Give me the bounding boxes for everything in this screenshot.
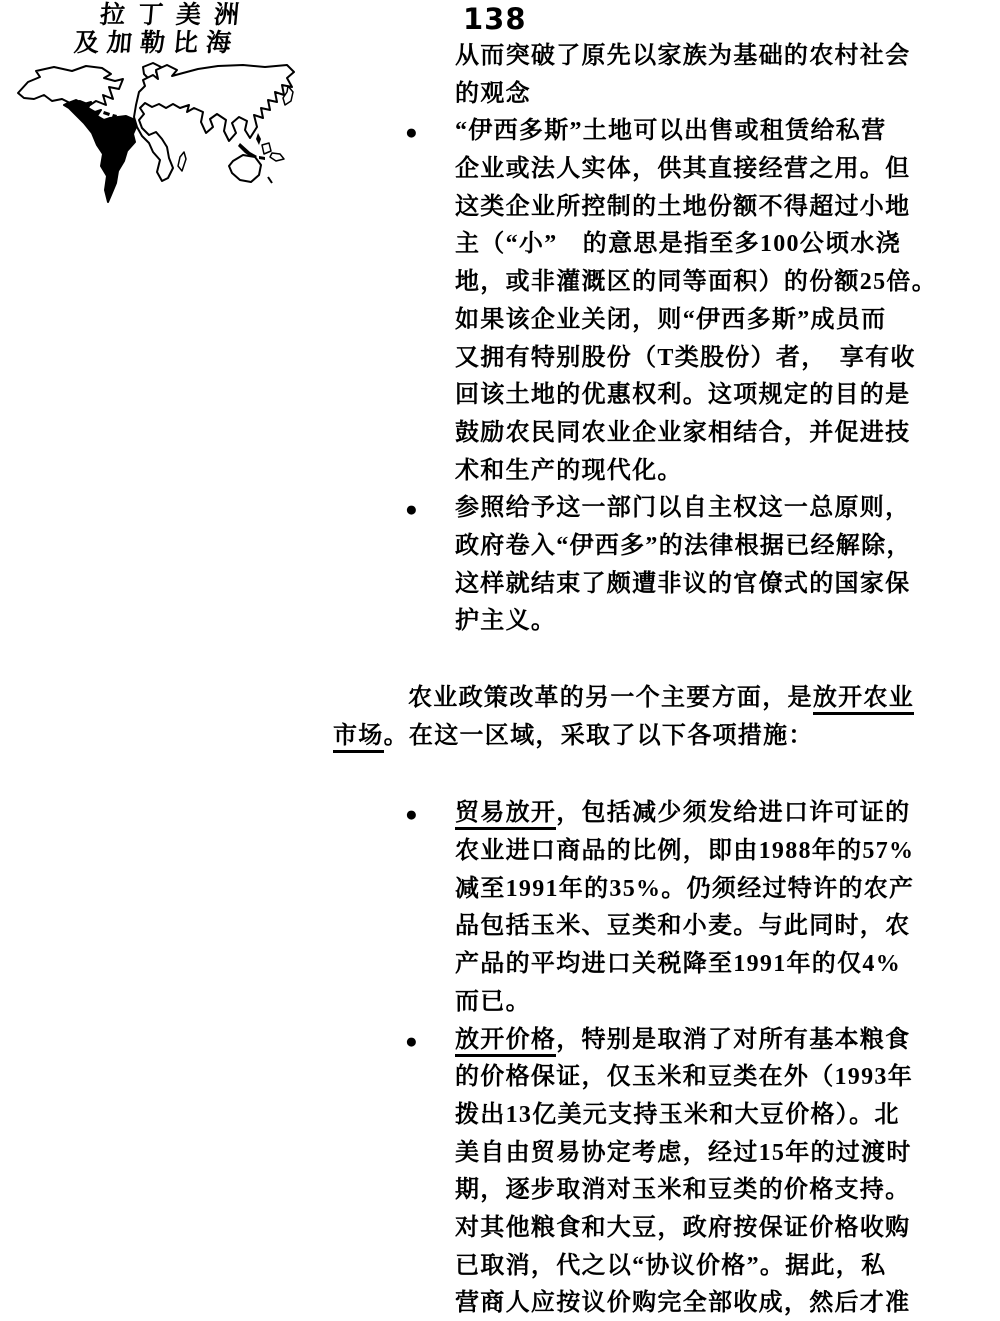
text-line: 的观念 [455,76,973,114]
text-line: 对其他粮食和大豆，政府按保证价格收购 [455,1210,973,1248]
region-label-line1: 拉丁美洲 [99,2,309,30]
underlined-term: 市场 [333,723,384,753]
caribbean-islands-icon [103,111,117,118]
text-line: 地，或非灌溉区的同等面积）的份额25倍。 [455,264,973,302]
text-line: 而已。 [455,984,973,1022]
region-label-line2: 及加勒比海 [73,30,309,58]
philippines-filled [256,133,261,145]
text-line: 产品的平均进口关税降至1991年的仅4% [455,946,973,984]
bullet-trade-liberalization: 贸易放开，包括减少须发给进口许可证的农业进口商品的比例，即由1988年的57%减… [333,795,973,1021]
bullet-icon: ● [405,796,419,834]
bullet-icon: ● [405,491,419,529]
underlined-term: 贸易放开 [455,800,556,830]
underlined-term: 放开农业 [813,685,914,715]
bullet-icon: ● [405,114,419,152]
bullet-price-liberalization: 放开价格，特别是取消了对所有基本粮食的价格保证，仅玉米和豆类在外（1993年拨出… [333,1022,973,1321]
text-line: 企业或法人实体，供其直接经营之用。但 [455,151,973,189]
world-map-icon [12,61,302,211]
text-line: 市场。在这一区域，采取了以下各项措施： [333,718,973,756]
australia-outline [229,155,261,182]
text-line: 美自由贸易协定考虑，经过15年的过渡时 [455,1135,973,1173]
text-line: 拨出13亿美元支持玉米和大豆价格）。北 [455,1097,973,1135]
text-line: 术和生产的现代化。 [455,453,973,491]
borneo-outline [262,143,271,154]
text-line: 回该土地的优惠权利。这项规定的目的是 [455,377,973,415]
text-line: 减至1991年的35%。仍须经过特许的农产 [455,871,973,909]
text-line: 如果该企业关闭，则“伊西多斯”成员而 [455,302,973,340]
text-line: 从而突破了原先以家族为基础的农村社会 [455,38,973,76]
text-line: 政府卷入“伊西多”的法律根据已经解除， [455,528,973,566]
text-line: 营商人应按议价购完全部收成，然后才准 [455,1285,973,1321]
text-line: 期，逐步取消对玉米和豆类的价格支持。 [455,1172,973,1210]
text-line: 已取消，代之以“协议价格”。据此，私 [455,1248,973,1286]
bullet-ejido-land-sale: “伊西多斯”土地可以出售或租赁给私营企业或法人实体，供其直接经营之用。但这类企业… [333,113,973,490]
document-page: 拉丁美洲 及加勒比海 [0,0,1000,1321]
text-line: 参照给予这一部门以自主权这一总原则， [455,490,973,528]
intro-continuation: 从而突破了原先以家族为基础的农村社会的观念 [333,38,973,113]
region-map-block: 拉丁美洲 及加勒比海 [12,2,308,211]
bullet-sector-autonomy: 参照给予这一部门以自主权这一总原则，政府卷入“伊西多”的法律根据已经解除，这样就… [333,490,973,641]
text-line: 鼓励农民同农业企业家相结合，并促进技 [455,415,973,453]
page-number: 138 [463,2,527,36]
madagascar-outline [178,152,186,171]
underlined-term: 放开价格 [455,1027,556,1057]
latin-america-filled [64,100,137,202]
text-line: 农业进口商品的比例，即由1988年的57% [455,833,973,871]
text-line: 又拥有特别股份（T类股份）者， 享有收 [455,340,973,378]
text-line: 农业政策改革的另一个主要方面，是放开农业 [333,680,973,718]
body-text-column: 从而突破了原先以家族为基础的农村社会的观念“伊西多斯”土地可以出售或租赁给私营企… [333,38,973,1321]
text-line: “伊西多斯”土地可以出售或租赁给私营 [455,113,973,151]
bullet-icon: ● [405,1023,419,1061]
text-line: 护主义。 [455,603,973,641]
north-america-outline [18,66,123,105]
eurasia-africa-outline [134,65,294,181]
text-line: 的价格保证，仅玉米和豆类在外（1993年 [455,1059,973,1097]
text-line: 这样就结束了颇遭非议的官僚式的国家保 [455,566,973,604]
text-line: 主（“小” 的意思是指至多100公顷水浇 [455,226,973,264]
text-line: 贸易放开，包括减少须发给进口许可证的 [455,795,973,833]
para-market-liberalization: 农业政策改革的另一个主要方面，是放开农业市场。在这一区域，采取了以下各项措施： [333,680,973,755]
japan-outline [283,86,293,105]
text-line: 放开价格，特别是取消了对所有基本粮食 [455,1022,973,1060]
new-guinea-outline [270,153,284,161]
new-zealand-icon [268,177,272,183]
text-line: 品包括玉米、豆类和小麦。与此同时，农 [455,908,973,946]
text-line: 这类企业所控制的土地份额不得超过小地 [455,189,973,227]
